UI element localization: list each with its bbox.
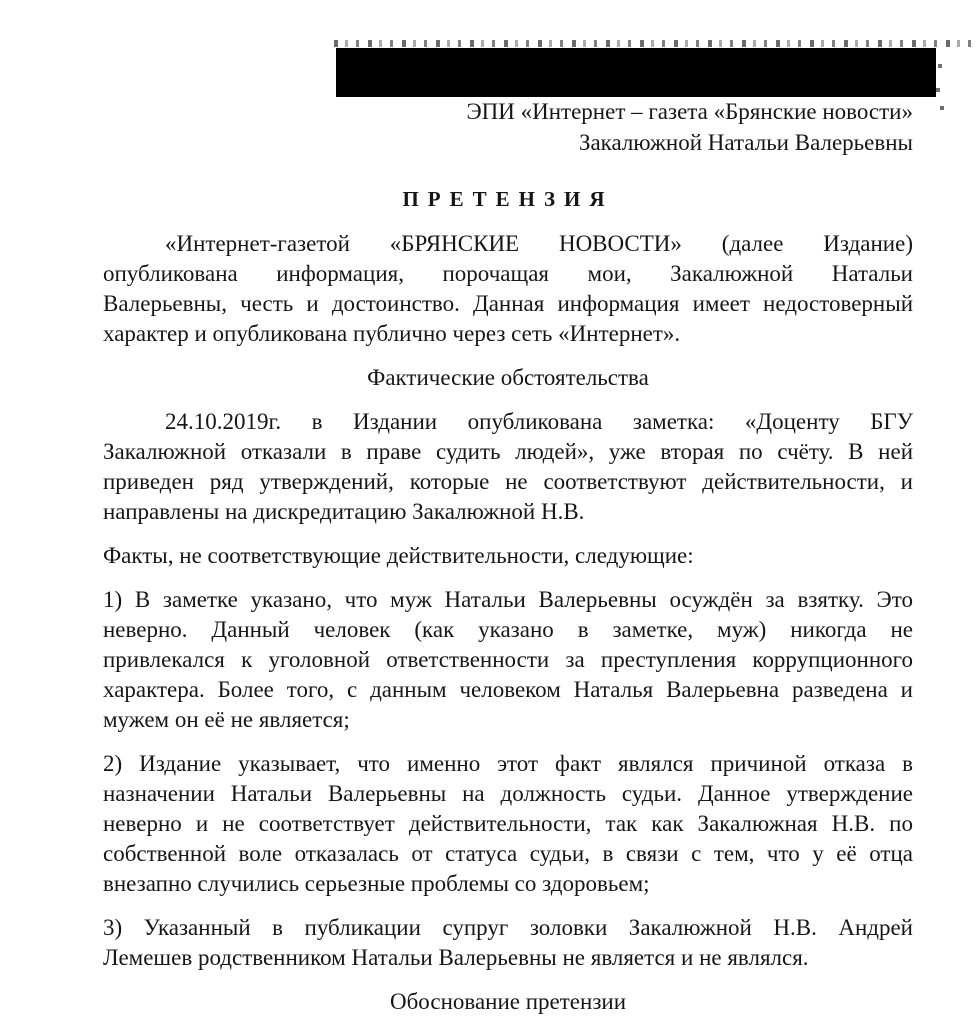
text-line: неверно и не соответствует действительно… — [103, 809, 913, 839]
text-line: внезапно случились серьезные проблемы со… — [103, 869, 913, 899]
text-line: 24.10.2019г. в Издании опубликована заме… — [103, 407, 913, 437]
recipient-block: ЭПИ «Интернет – газета «Брянские новости… — [103, 96, 913, 158]
section-heading-facts: Фактические обстоятельства — [103, 363, 913, 393]
text-line: характер и опубликована публично через с… — [103, 319, 913, 349]
facts-paragraph: 24.10.2019г. в Издании опубликована заме… — [103, 407, 913, 527]
scan-noise-dot — [936, 88, 940, 92]
text-line: Валерьевны, честь и достоинство. Данная … — [103, 289, 913, 319]
text-line: 1) В заметке указано, что муж Натальи Ва… — [103, 585, 913, 615]
document-page: { "colors": { "background": "#ffffff", "… — [0, 0, 976, 1024]
text-line: мужем он её не является; — [103, 705, 913, 735]
recipient-line: ЭПИ «Интернет – газета «Брянские новости… — [103, 96, 913, 127]
intro-paragraph: «Интернет-газетой «БРЯНСКИЕ НОВОСТИ» (да… — [103, 229, 913, 349]
document-body: ЭПИ «Интернет – газета «Брянские новости… — [103, 0, 913, 1017]
scan-noise-dot — [940, 106, 944, 110]
text-line: 2) Издание указывает, что именно этот фа… — [103, 749, 913, 779]
fact-item-2: 2) Издание указывает, что именно этот фа… — [103, 749, 913, 899]
text-line: собственной воле отказалась от статуса с… — [103, 839, 913, 869]
text-line: неверно. Данный человек (как указано в з… — [103, 615, 913, 645]
text-line: 3) Указанный в публикации супруг золовки… — [103, 913, 913, 943]
text-line: назначении Натальи Валерьевны на должнос… — [103, 779, 913, 809]
text-line: Факты, не соответствующие действительнос… — [103, 541, 913, 571]
recipient-line: Закалюжной Натальи Валерьевны — [103, 127, 913, 158]
section-heading-justification: Обоснование претензии — [103, 987, 913, 1017]
facts-intro: Факты, не соответствующие действительнос… — [103, 541, 913, 571]
text-line: опубликована информация, порочащая мои, … — [103, 259, 913, 289]
text-line: «Интернет-газетой «БРЯНСКИЕ НОВОСТИ» (да… — [103, 229, 913, 259]
text-line: характера. Более того, с данным человеко… — [103, 675, 913, 705]
fact-item-3: 3) Указанный в публикации супруг золовки… — [103, 913, 913, 973]
text-line: направлены на дискредитацию Закалюжной Н… — [103, 497, 913, 527]
text-line: приведен ряд утверждений, которые не соо… — [103, 467, 913, 497]
scan-noise-dot — [938, 64, 942, 68]
fact-item-1: 1) В заметке указано, что муж Натальи Ва… — [103, 585, 913, 735]
document-title: ПРЕТЕНЗИЯ — [103, 184, 913, 214]
text-line: привлекался к уголовной ответственности … — [103, 645, 913, 675]
text-line: Закалюжной отказали в праве судить людей… — [103, 437, 913, 467]
text-line: Лемешев родственником Натальи Валерьевны… — [103, 943, 913, 973]
